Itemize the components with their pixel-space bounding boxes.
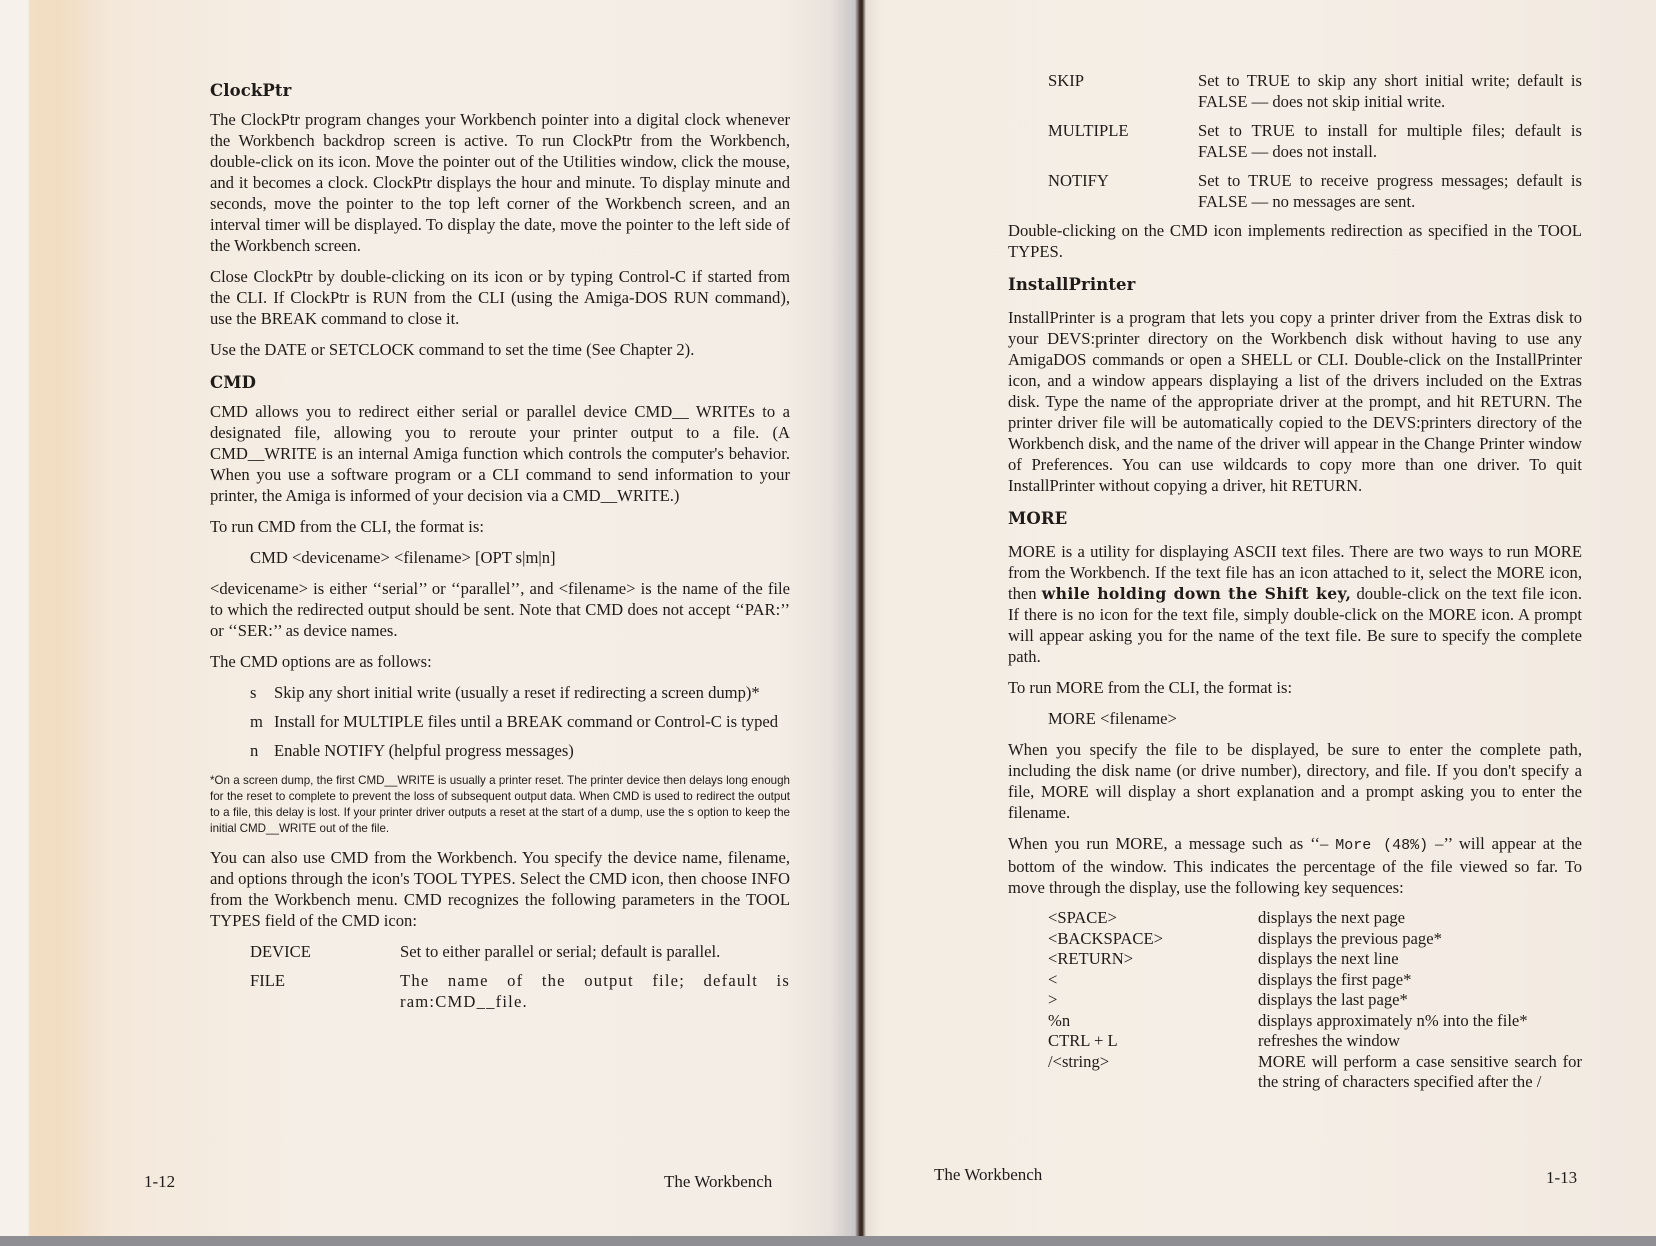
key-sequence-row: CTRL + Lrefreshes the window (1048, 1031, 1582, 1052)
key-sequence-desc: displays approximately n% into the file* (1258, 1011, 1582, 1032)
cmd-options-list: s Skip any short initial write (usually … (210, 682, 790, 761)
key-sequence-row: <RETURN>displays the next line (1048, 949, 1582, 970)
tool-type-row: FILE The name of the output file; defaul… (250, 970, 790, 1012)
more-paragraph-3: When you specify the file to be displaye… (1008, 739, 1582, 823)
clockptr-paragraph-1: The ClockPtr program changes your Workbe… (210, 109, 790, 256)
tool-type-row: MULTIPLE Set to TRUE to install for mult… (1048, 120, 1582, 162)
tool-types-table-continued: SKIP Set to TRUE to skip any short initi… (1048, 70, 1582, 212)
cmd-closing-paragraph: Double-clicking on the CMD icon implemen… (1008, 220, 1582, 262)
tool-type-desc: Set to TRUE to receive progress messages… (1198, 170, 1582, 212)
key-sequence-row: <BACKSPACE>displays the previous page* (1048, 929, 1582, 950)
option-key: n (210, 740, 274, 761)
tool-type-row: SKIP Set to TRUE to skip any short initi… (1048, 70, 1582, 112)
more-format-line: MORE <filename> (1048, 708, 1582, 729)
scanner-bed-edge (0, 1236, 1656, 1246)
key-sequence-key: <RETURN> (1048, 949, 1258, 970)
section-heading-more: MORE (1008, 508, 1582, 529)
clockptr-paragraph-2: Close ClockPtr by double-clicking on its… (210, 266, 790, 329)
option-desc: Enable NOTIFY (helpful progress messages… (274, 740, 790, 761)
cmd-format-line: CMD <devicename> <filename> [OPT s|m|n] (250, 547, 790, 568)
cmd-option-item: n Enable NOTIFY (helpful progress messag… (210, 740, 790, 761)
tool-type-key: MULTIPLE (1048, 120, 1198, 162)
key-sequence-desc: displays the next line (1258, 949, 1582, 970)
option-desc: Install for MULTIPLE files until a BREAK… (274, 711, 790, 732)
tool-type-row: DEVICE Set to either parallel or serial;… (250, 941, 790, 962)
cmd-paragraph-4: The CMD options are as follows: (210, 651, 790, 672)
cmd-paragraph-1: CMD allows you to redirect either serial… (210, 401, 790, 506)
tool-type-desc: The name of the output file; default is … (400, 970, 790, 1012)
key-sequence-row: %ndisplays approximately n% into the fil… (1048, 1011, 1582, 1032)
key-sequence-row: <displays the first page* (1048, 970, 1582, 991)
option-key: s (210, 682, 274, 703)
key-sequence-key: <SPACE> (1048, 908, 1258, 929)
cmd-paragraph-3: <devicename> is either ‘‘serial’’ or ‘‘p… (210, 578, 790, 641)
key-sequence-desc: displays the previous page* (1258, 929, 1582, 950)
more-paragraph-4: When you run MORE, a message such as ‘‘–… (1008, 833, 1582, 898)
key-sequence-row: >displays the last page* (1048, 990, 1582, 1011)
key-sequence-desc: refreshes the window (1258, 1031, 1582, 1052)
tool-type-desc: Set to either parallel or serial; defaul… (400, 941, 790, 962)
page-number-right: 1-13 (1546, 1168, 1577, 1188)
clockptr-paragraph-3: Use the DATE or SETCLOCK command to set … (210, 339, 790, 360)
section-heading-clockptr: ClockPtr (210, 80, 790, 101)
key-sequence-row: /<string>MORE will perform a case sensit… (1048, 1052, 1582, 1093)
option-desc: Skip any short initial write (usually a … (274, 682, 790, 703)
page-number-left: 1-12 (144, 1172, 175, 1192)
tool-type-key: FILE (250, 970, 400, 1012)
key-sequence-row: <SPACE>displays the next page (1048, 908, 1582, 929)
tool-type-desc: Set to TRUE to skip any short initial wr… (1198, 70, 1582, 112)
installprinter-paragraph-1: InstallPrinter is a program that lets yo… (1008, 307, 1582, 496)
key-sequence-table: <SPACE>displays the next page <BACKSPACE… (1048, 908, 1582, 1093)
key-sequence-desc: displays the next page (1258, 908, 1582, 929)
key-sequence-key: %n (1048, 1011, 1258, 1032)
key-sequence-key: CTRL + L (1048, 1031, 1258, 1052)
tool-type-key: NOTIFY (1048, 170, 1198, 212)
cmd-option-item: m Install for MULTIPLE files until a BRE… (210, 711, 790, 732)
key-sequence-desc: displays the first page* (1258, 970, 1582, 991)
key-sequence-key: /<string> (1048, 1052, 1258, 1093)
cmd-option-item: s Skip any short initial write (usually … (210, 682, 790, 703)
more-paragraph-2: To run MORE from the CLI, the format is: (1008, 677, 1582, 698)
tool-type-desc: Set to TRUE to install for multiple file… (1198, 120, 1582, 162)
key-sequence-key: <BACKSPACE> (1048, 929, 1258, 950)
left-page-column: ClockPtr The ClockPtr program changes yo… (210, 80, 790, 1020)
tool-types-table: DEVICE Set to either parallel or serial;… (250, 941, 790, 1012)
running-footer-right: The Workbench (934, 1165, 1042, 1185)
running-footer-left: The Workbench (664, 1172, 772, 1192)
tool-type-key: SKIP (1048, 70, 1198, 112)
more-p1-bold: while holding down the Shift key, (1042, 584, 1352, 603)
tool-type-row: NOTIFY Set to TRUE to receive progress m… (1048, 170, 1582, 212)
more-paragraph-1: MORE is a utility for displaying ASCII t… (1008, 541, 1582, 667)
key-sequence-key: > (1048, 990, 1258, 1011)
cmd-paragraph-2: To run CMD from the CLI, the format is: (210, 516, 790, 537)
tool-type-key: DEVICE (250, 941, 400, 962)
option-key: m (210, 711, 274, 732)
footnote: *On a screen dump, the first CMD__WRITE … (210, 773, 790, 837)
right-page-column: SKIP Set to TRUE to skip any short initi… (1008, 70, 1582, 1093)
key-sequence-key: < (1048, 970, 1258, 991)
section-heading-cmd: CMD (210, 372, 790, 393)
more-p4-text-a: When you run MORE, a message such as ‘‘– (1008, 834, 1335, 853)
cmd-paragraph-5: You can also use CMD from the Workbench.… (210, 847, 790, 931)
key-sequence-desc: displays the last page* (1258, 990, 1582, 1011)
section-heading-installprinter: InstallPrinter (1008, 274, 1582, 295)
more-progress-message: More (48%) (1335, 837, 1428, 854)
key-sequence-desc: MORE will perform a case sensitive searc… (1258, 1052, 1582, 1093)
